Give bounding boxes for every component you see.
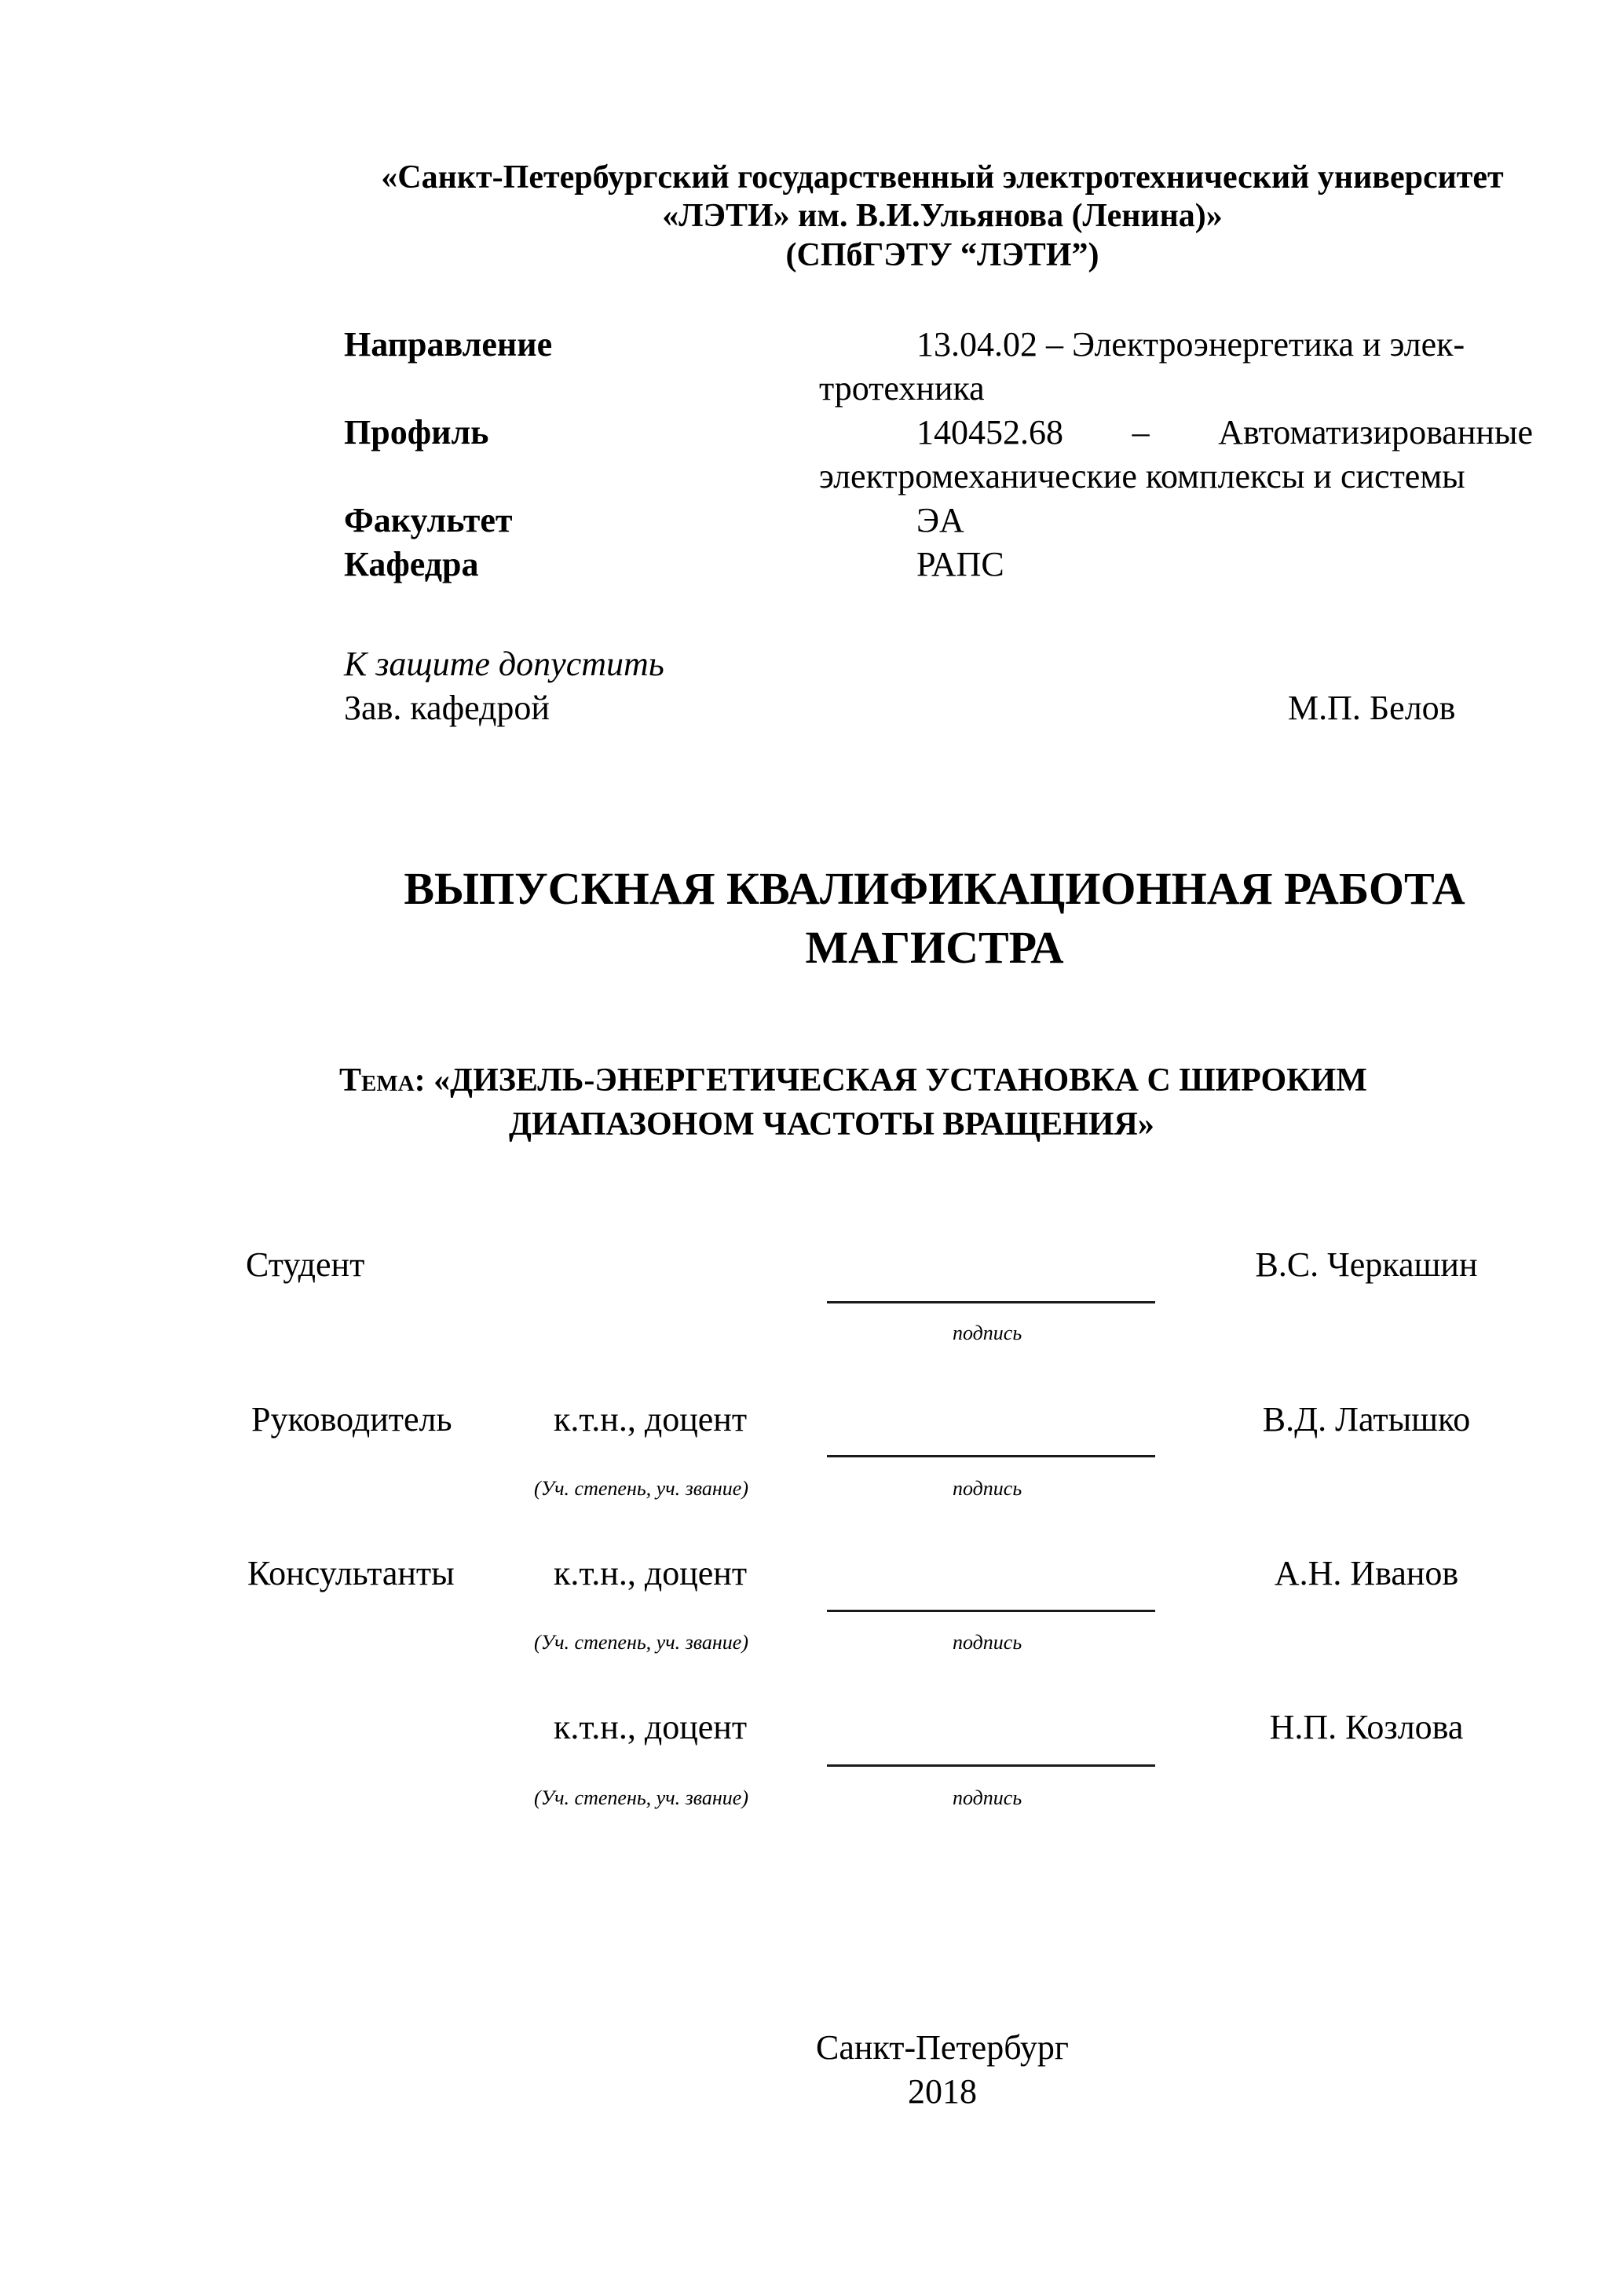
head-of-department-name: М.П. Белов <box>1288 686 1455 730</box>
direction-label: Направление <box>344 323 552 367</box>
document-title-line-1: ВЫПУСКНАЯ КВАЛИФИКАЦИОННАЯ РАБОТА <box>236 857 1624 920</box>
direction-value: 13.04.02 – Электроэнергетика и элек- <box>916 323 1465 367</box>
footer-city: Санкт-Петербург <box>628 2026 1256 2070</box>
profile-value-line-1: 140452.68 – Автоматизированные <box>916 411 1533 455</box>
signature-caption: подпись <box>953 1786 1022 1811</box>
theme-line-2: ДИАПАЗОНОМ ЧАСТОТЫ ВРАЩЕНИЯ» <box>509 1102 1154 1146</box>
faculty-value: ЭА <box>916 499 964 543</box>
footer-year: 2018 <box>628 2070 1256 2114</box>
department-value: РАПС <box>916 543 1004 587</box>
signature-name: Н.П. Козлова <box>1202 1706 1531 1749</box>
theme-line-1: Тема: «ДИЗЕЛЬ-ЭНЕРГЕТИЧЕСКАЯ УСТАНОВКА С… <box>339 1058 1367 1102</box>
signature-name: В.С. Черкашин <box>1202 1243 1531 1287</box>
degree-caption: (Уч. степень, уч. звание) <box>534 1786 748 1811</box>
signature-role: Руководитель <box>251 1398 452 1442</box>
signature-caption: подпись <box>953 1321 1022 1346</box>
signature-name: А.Н. Иванов <box>1202 1552 1531 1596</box>
university-abbreviation: (СПбГЭТУ “ЛЭТИ”) <box>330 236 1555 274</box>
profile-code: 140452.68 <box>916 411 1063 455</box>
direction-value-line-1: 13.04.02 – Электроэнергетика и элек- <box>916 323 1533 367</box>
theme-text-1: «ДИЗЕЛЬ-ЭНЕРГЕТИЧЕСКАЯ УСТАНОВКА С ШИРОК… <box>433 1062 1367 1099</box>
profile-word: Автоматизированные <box>1218 411 1533 455</box>
signature-degree: к.т.н., доцент <box>554 1552 747 1596</box>
profile-dash: – <box>1132 411 1150 455</box>
signature-line <box>827 1301 1155 1303</box>
signature-degree: к.т.н., доцент <box>554 1398 747 1442</box>
signature-name: В.Д. Латышко <box>1202 1398 1531 1442</box>
signature-caption: подпись <box>953 1630 1022 1655</box>
signature-role: Студент <box>246 1243 364 1287</box>
signature-line <box>827 1764 1155 1767</box>
signature-line <box>827 1610 1155 1612</box>
university-name-line-1: «Санкт-Петербургский государственный эле… <box>330 159 1555 196</box>
theme-label: Тема: <box>339 1062 426 1099</box>
degree-caption: (Уч. степень, уч. звание) <box>534 1476 748 1501</box>
signature-line <box>827 1455 1155 1457</box>
signature-role: Консультанты <box>247 1552 455 1596</box>
admit-to-defense: К защите допустить <box>344 642 664 686</box>
signature-caption: подпись <box>953 1476 1022 1501</box>
profile-label: Профиль <box>344 411 488 455</box>
degree-caption: (Уч. степень, уч. звание) <box>534 1630 748 1655</box>
document-title-line-2: МАГИСТРА <box>236 916 1624 979</box>
direction-value-line-2: тротехника <box>819 367 985 411</box>
head-of-department-label: Зав. кафедрой <box>344 686 550 730</box>
signature-degree: к.т.н., доцент <box>554 1706 747 1749</box>
department-label: Кафедра <box>344 543 478 587</box>
university-name-line-2: «ЛЭТИ» им. В.И.Ульянова (Ленина)» <box>330 197 1555 235</box>
faculty-label: Факультет <box>344 499 512 543</box>
profile-value-line-2: электромеханические комплексы и системы <box>819 455 1465 499</box>
